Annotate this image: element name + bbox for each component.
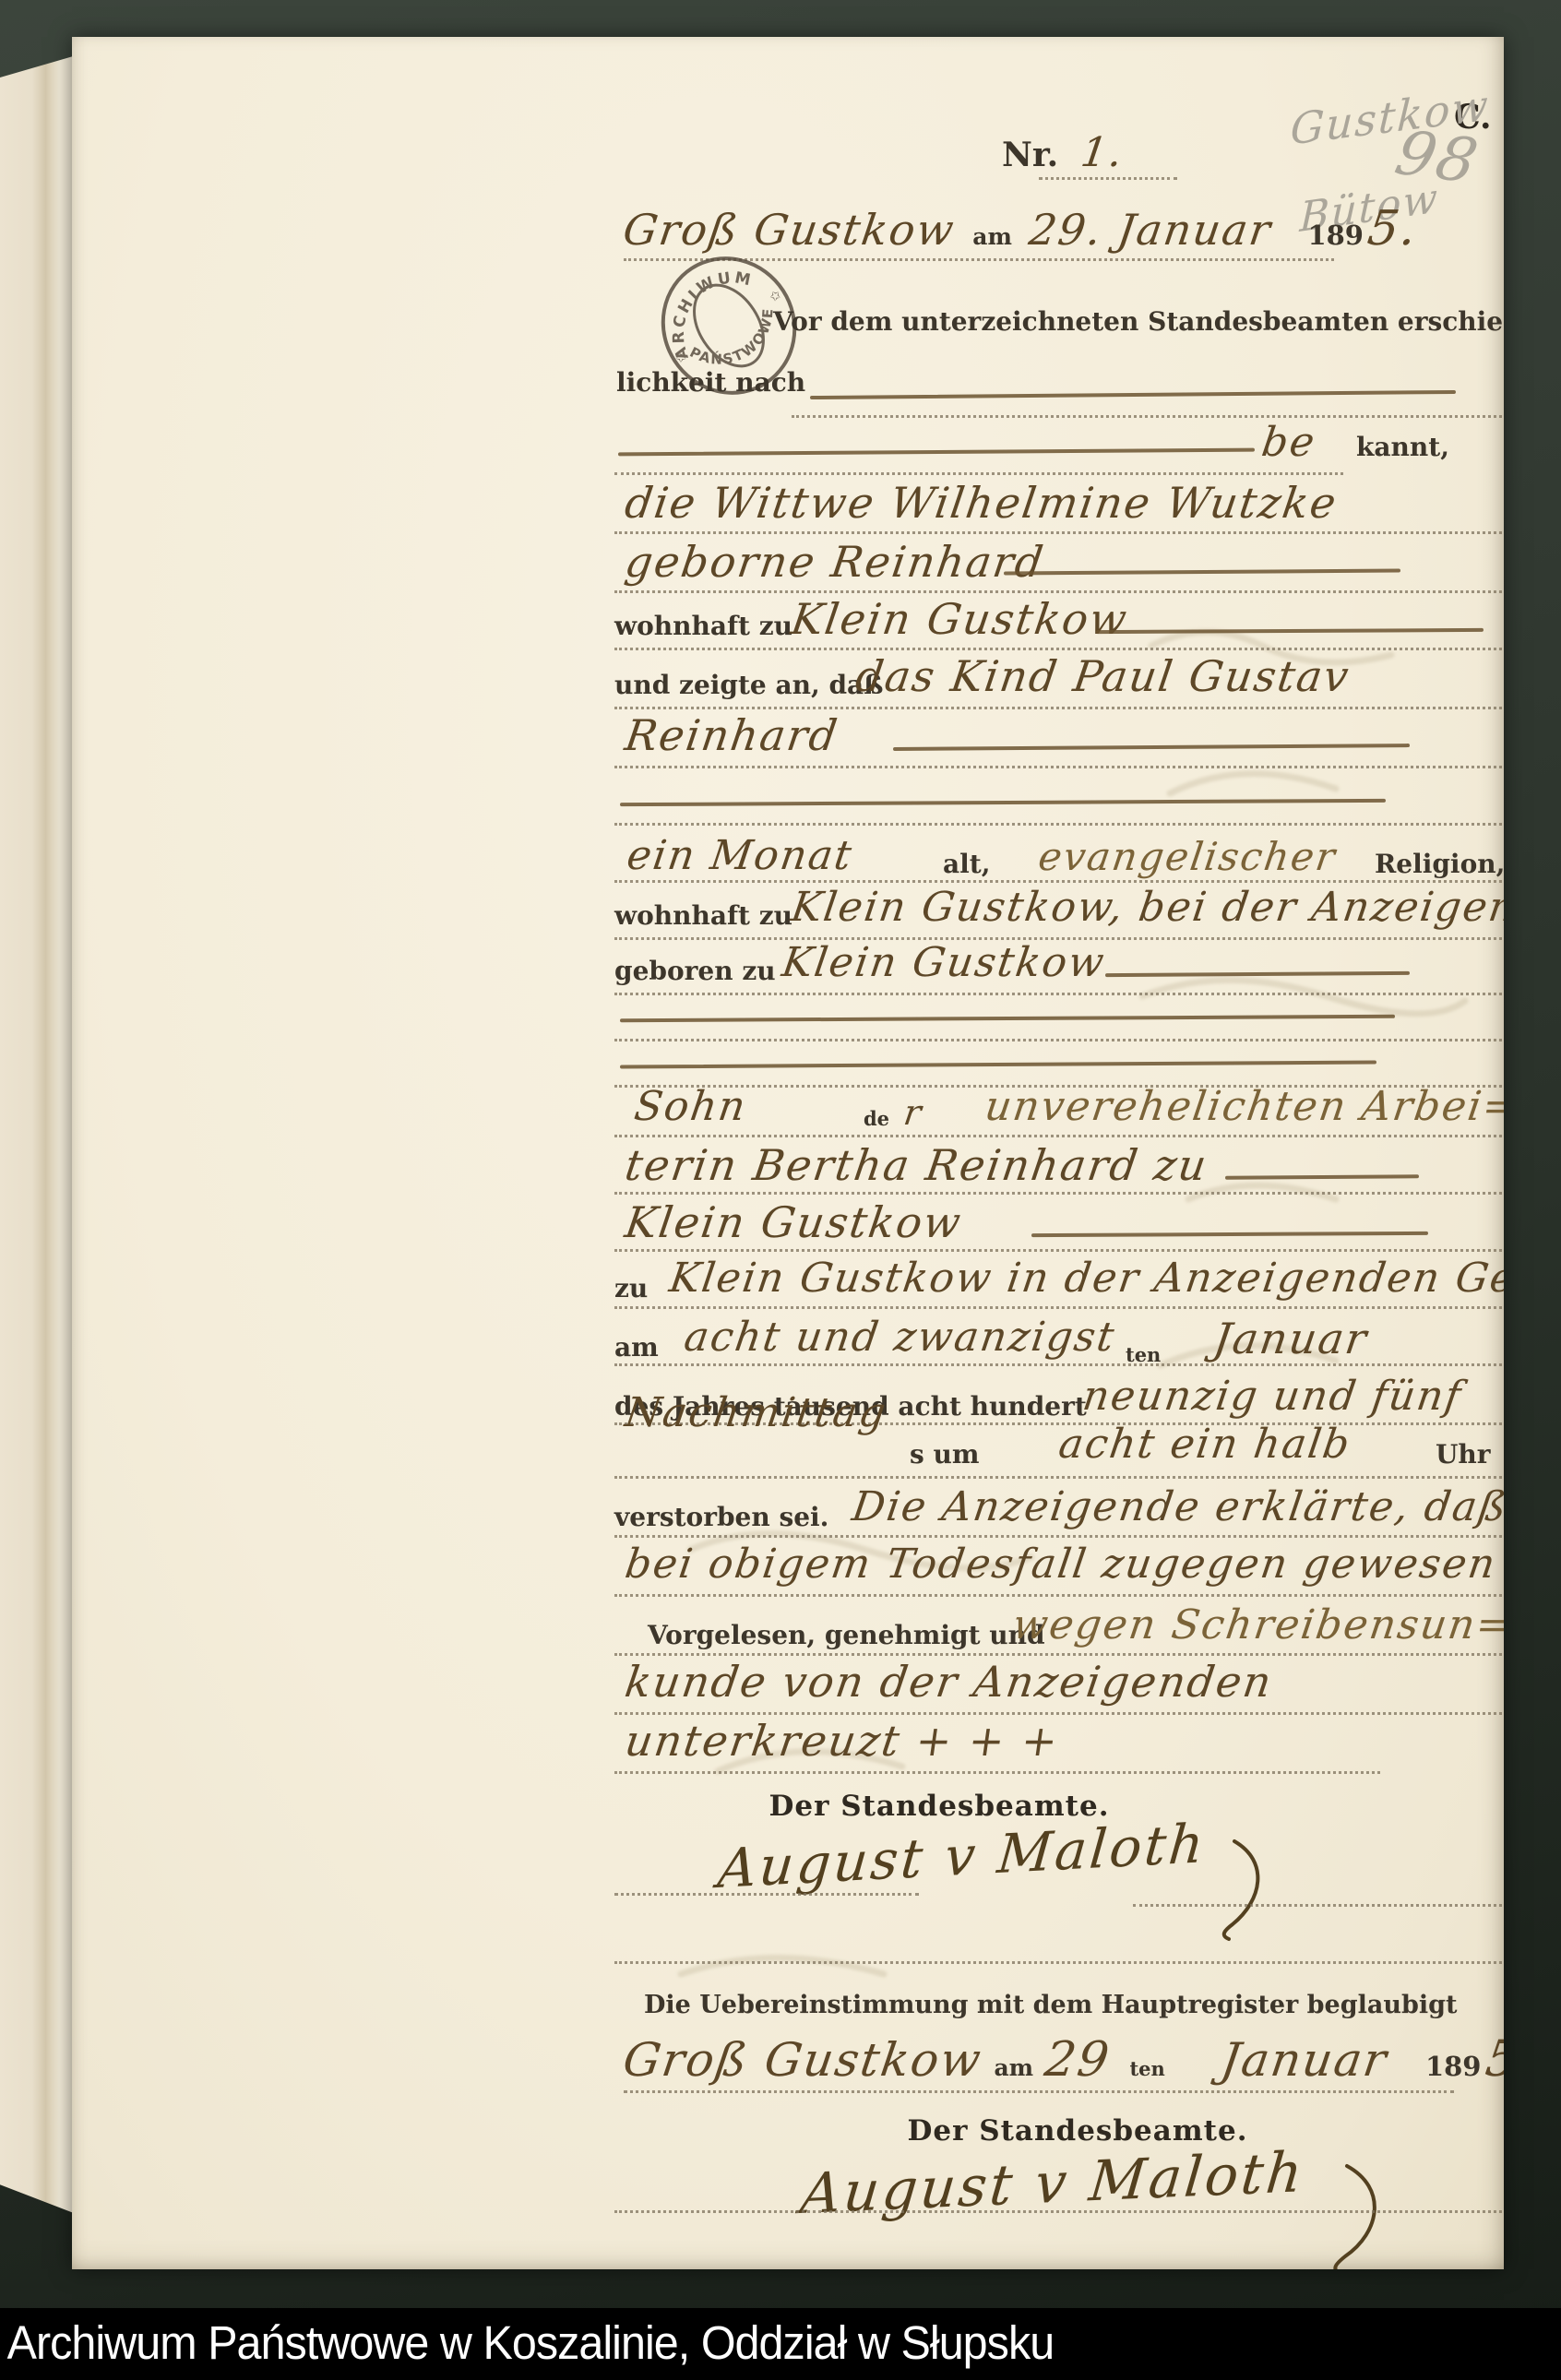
rule bbox=[614, 531, 1502, 534]
certify-line: Die Uebereinstimmung mit dem Hauptregist… bbox=[644, 1991, 1457, 2019]
deathday-label: am bbox=[614, 1332, 659, 1363]
parent-line1: unverehelichten Arbei= bbox=[982, 1083, 1504, 1130]
certify-dateline-row: Groß Gustkow am 29 ten Januar 189 5 bbox=[624, 2029, 1504, 2088]
rule bbox=[614, 823, 1502, 826]
residence2-value: Klein Gustkow, bei der Anzeigend bbox=[788, 884, 1504, 931]
rule-under-number bbox=[1039, 177, 1177, 180]
record-number-label: Nr. bbox=[1002, 136, 1058, 174]
rule bbox=[614, 880, 1502, 883]
daytime-printed: s um bbox=[910, 1439, 980, 1470]
informant-name-line1: die Wittwe Wilhelmine Wutzke bbox=[622, 478, 1341, 528]
closing-line3: unterkreuzt + + + bbox=[622, 1716, 1062, 1766]
closing-line2: kunde von der Anzeigenden bbox=[622, 1657, 1276, 1707]
age-label: alt, bbox=[943, 849, 990, 879]
pen-dash bbox=[1004, 568, 1400, 575]
archive-caption-bar: Archiwum Państwowe w Koszalinie, Oddział… bbox=[0, 2308, 1561, 2380]
intro-line1: Vor dem unterzeichneten Standesbeamten e… bbox=[773, 306, 1504, 337]
residence2-label: wohnhaft zu bbox=[614, 900, 792, 931]
relation-suffix-written: r bbox=[901, 1092, 925, 1133]
birthplace-label: geboren zu bbox=[614, 956, 776, 986]
certify-day-suffix: ten bbox=[1129, 2057, 1164, 2080]
rule bbox=[614, 1535, 1502, 1538]
rule bbox=[614, 1712, 1502, 1715]
died-label: verstorben sei. bbox=[614, 1502, 828, 1532]
rule bbox=[614, 1039, 1502, 1041]
hour-written: acht ein halb bbox=[1055, 1421, 1353, 1468]
deceased-name-line1: das Kind Paul Gustav bbox=[852, 651, 1353, 701]
residence-value: Klein Gustkow bbox=[788, 594, 1131, 644]
certify-day: 29 bbox=[1042, 2032, 1114, 2088]
rule bbox=[614, 1893, 919, 1896]
deceased-name-line2: Reinhard bbox=[622, 710, 841, 760]
rule bbox=[614, 590, 1502, 593]
rule bbox=[614, 648, 1502, 650]
daytime-written: Nachmittag bbox=[622, 1389, 889, 1436]
certify-year-printed: 189 bbox=[1425, 2051, 1482, 2082]
relation-printed: de bbox=[864, 1107, 889, 1130]
pen-dash bbox=[618, 448, 1255, 457]
rule bbox=[614, 2210, 1502, 2213]
parent-line3: Klein Gustkow bbox=[622, 1197, 965, 1247]
rule bbox=[614, 1363, 1502, 1366]
rule bbox=[624, 2090, 1454, 2093]
archive-caption-text: Archiwum Państwowe w Koszalinie, Oddział… bbox=[0, 2308, 1054, 2378]
rule bbox=[614, 1249, 1502, 1252]
relation-written: Sohn bbox=[631, 1083, 749, 1130]
declaration-line1: Die Anzeigende erklärte, daß sie bbox=[849, 1483, 1504, 1530]
record-number-row: Nr. 1. bbox=[1002, 129, 1124, 176]
rule bbox=[614, 707, 1502, 709]
certify-month: Januar bbox=[1218, 2033, 1391, 2087]
deathplace-label: zu bbox=[614, 1273, 648, 1303]
dateline-date: 29. Januar bbox=[1026, 205, 1275, 255]
rule bbox=[614, 1961, 1502, 1964]
birthplace-value: Klein Gustkow bbox=[779, 939, 1108, 986]
dateline-year-printed: 189 bbox=[1307, 220, 1364, 251]
register-page: C. Gustkow 98 Bütow Nr. 1. Groß Gustkow … bbox=[72, 37, 1504, 2269]
registrar-signature2: August v Maloth bbox=[798, 2140, 1308, 2227]
rule bbox=[614, 1594, 1502, 1597]
deathyear-written: neunzig und fünf bbox=[1079, 1373, 1465, 1420]
rule bbox=[614, 1476, 1502, 1479]
dateline-am-label: am bbox=[972, 223, 1012, 250]
rule bbox=[614, 1135, 1502, 1137]
rule bbox=[614, 1306, 1502, 1309]
pen-dash bbox=[810, 390, 1456, 399]
certify-year-written: 5 bbox=[1482, 2029, 1504, 2088]
certify-place: Groß Gustkow bbox=[620, 2033, 985, 2087]
certify-am-label: am bbox=[994, 2054, 1033, 2081]
religion-label: Religion, bbox=[1375, 849, 1504, 879]
scan-backdrop: C. Gustkow 98 Bütow Nr. 1. Groß Gustkow … bbox=[0, 0, 1561, 2380]
rule bbox=[614, 766, 1502, 768]
hour-label: Uhr bbox=[1436, 1439, 1491, 1470]
informant-name-line2: geborne Reinhard bbox=[622, 537, 1048, 587]
deathplace-value: Klein Gustkow in der Anzeigenden Gegenwa bbox=[666, 1255, 1504, 1302]
rule bbox=[614, 1653, 1502, 1656]
parent-line2: terin Bertha Reinhard zu bbox=[622, 1140, 1211, 1190]
rule bbox=[614, 1192, 1502, 1195]
read-approved-label: Vorgelesen, genehmigt und bbox=[648, 1620, 1045, 1650]
religion-written: evangelischer bbox=[1036, 834, 1340, 879]
signature-flourish bbox=[1216, 1836, 1281, 1946]
intro-line2: lichkeit nach bbox=[616, 367, 805, 398]
rule bbox=[792, 415, 1502, 418]
closing-line1: wegen Schreibensun= bbox=[1009, 1601, 1504, 1648]
rule bbox=[614, 472, 1343, 475]
known-printed: kannt, bbox=[1356, 432, 1449, 462]
known-written: be bbox=[1258, 419, 1318, 466]
age-written: ein Monat bbox=[624, 832, 855, 879]
rule bbox=[614, 993, 1502, 995]
record-number-value: 1. bbox=[1078, 129, 1127, 176]
dateline-place: Groß Gustkow bbox=[620, 205, 959, 255]
residence-label: wohnhaft zu bbox=[614, 611, 792, 641]
deathmonth-written: Januar bbox=[1210, 1314, 1371, 1363]
signature-flourish bbox=[1327, 2160, 1400, 2269]
declaration-line2: bei obigem Todesfall zugegen gewesen sei… bbox=[622, 1541, 1504, 1588]
rule bbox=[614, 1771, 1380, 1774]
rule bbox=[1133, 1904, 1502, 1907]
report-label: und zeigte an, daß bbox=[614, 670, 883, 700]
dateline-year-written: 5. bbox=[1364, 201, 1422, 256]
deathday-written: acht und zwanzigst bbox=[681, 1314, 1118, 1361]
